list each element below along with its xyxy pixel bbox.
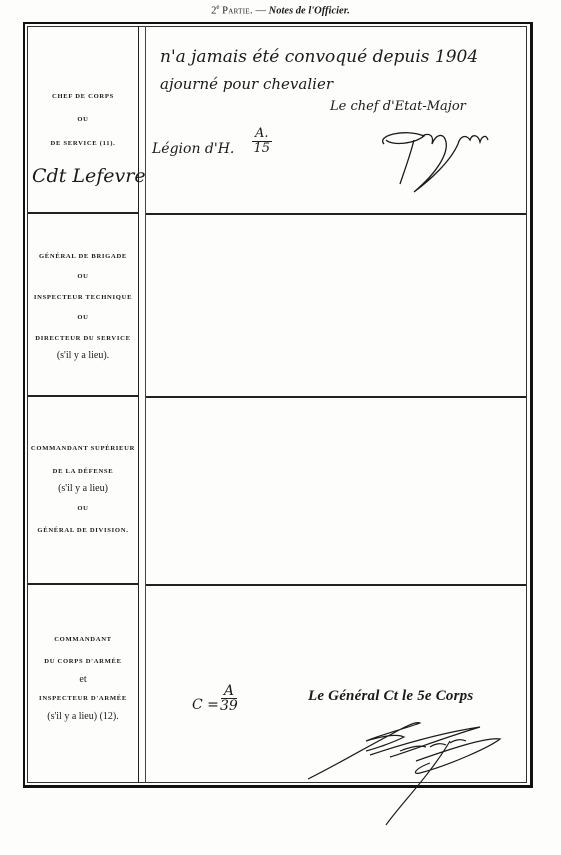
label-line: OU	[77, 502, 88, 516]
label-line: GÉNÉRAL DE DIVISION.	[37, 524, 128, 538]
signature-chief-of-staff	[374, 122, 494, 197]
legion-fraction: A. 15	[252, 127, 272, 156]
signature-title: Le chef d'Etat-Major	[330, 99, 466, 114]
part-superscript: e	[216, 3, 219, 11]
row-divider	[28, 212, 138, 214]
row-divider	[28, 395, 138, 397]
part-label: Partie.	[222, 6, 253, 17]
label-cell-commandant-superieur: COMMANDANT SUPÉRIEUR DE LA DÉFENSE (s'il…	[28, 430, 138, 550]
label-line: OU	[77, 113, 88, 127]
handwritten-note-line: ajourné pour chevalier	[160, 75, 333, 93]
grade-prefix: C =	[192, 697, 219, 713]
legion-label: Légion d'H.	[152, 141, 234, 157]
header-separator: —	[256, 6, 267, 17]
notes-cell-chef-de-corps: n'a jamais été convoqué depuis 1904 ajou…	[146, 27, 526, 212]
label-line: OU	[77, 311, 88, 325]
label-cell-general-de-brigade: GÉNÉRAL DE BRIGADE OU INSPECTEUR TECHNIQ…	[28, 236, 138, 376]
grade-numerator: A	[221, 684, 237, 699]
legion-denominator: 15	[253, 142, 270, 156]
grade-fraction: A 39	[220, 684, 238, 713]
label-line: (s'il y a lieu)	[58, 482, 108, 496]
label-line: (s'il y a lieu).	[57, 349, 109, 363]
label-line: INSPECTEUR D'ARMÉE	[39, 692, 127, 706]
label-line: OU	[77, 270, 88, 284]
page-header: 2e Partie. — Notes de l'Officier.	[0, 0, 561, 16]
legion-numerator: A.	[252, 127, 272, 142]
label-line: (s'il y a lieu) (12).	[47, 710, 119, 724]
grade-denominator: 39	[220, 699, 238, 713]
label-line: COMMANDANT SUPÉRIEUR	[31, 442, 135, 456]
label-line: DE SERVICE (11).	[50, 137, 115, 151]
handwritten-note-line: n'a jamais été convoqué depuis 1904	[160, 47, 478, 67]
signature-general	[300, 715, 520, 835]
label-cell-chef-de-corps: CHEF DE CORPS OU DE SERVICE (11).	[28, 70, 138, 170]
label-line: GÉNÉRAL DE BRIGADE	[39, 250, 127, 264]
notes-cell-commandant-superieur[interactable]	[146, 397, 526, 583]
label-line: DIRECTEUR DU SERVICE	[35, 332, 130, 346]
label-line: COMMANDANT	[54, 633, 112, 647]
label-line: DU CORPS D'ARMÉE	[44, 655, 122, 669]
row-divider	[28, 583, 138, 585]
header-title: Notes de l'Officier.	[269, 6, 350, 17]
label-line: DE LA DÉFENSE	[53, 465, 114, 479]
handwritten-name-annotation: Cdt Lefevre	[32, 165, 146, 187]
label-line: INSPECTEUR TECHNIQUE	[34, 291, 132, 305]
label-line: et	[79, 673, 86, 687]
label-line: CHEF DE CORPS	[52, 90, 114, 104]
general-stamp: Le Général Ct le 5e Corps	[308, 688, 473, 705]
label-cell-commandant-corps-armee: COMMANDANT DU CORPS D'ARMÉE et INSPECTEU…	[28, 618, 138, 738]
column-divider	[138, 26, 139, 783]
notes-cell-general-de-brigade[interactable]	[146, 214, 526, 395]
